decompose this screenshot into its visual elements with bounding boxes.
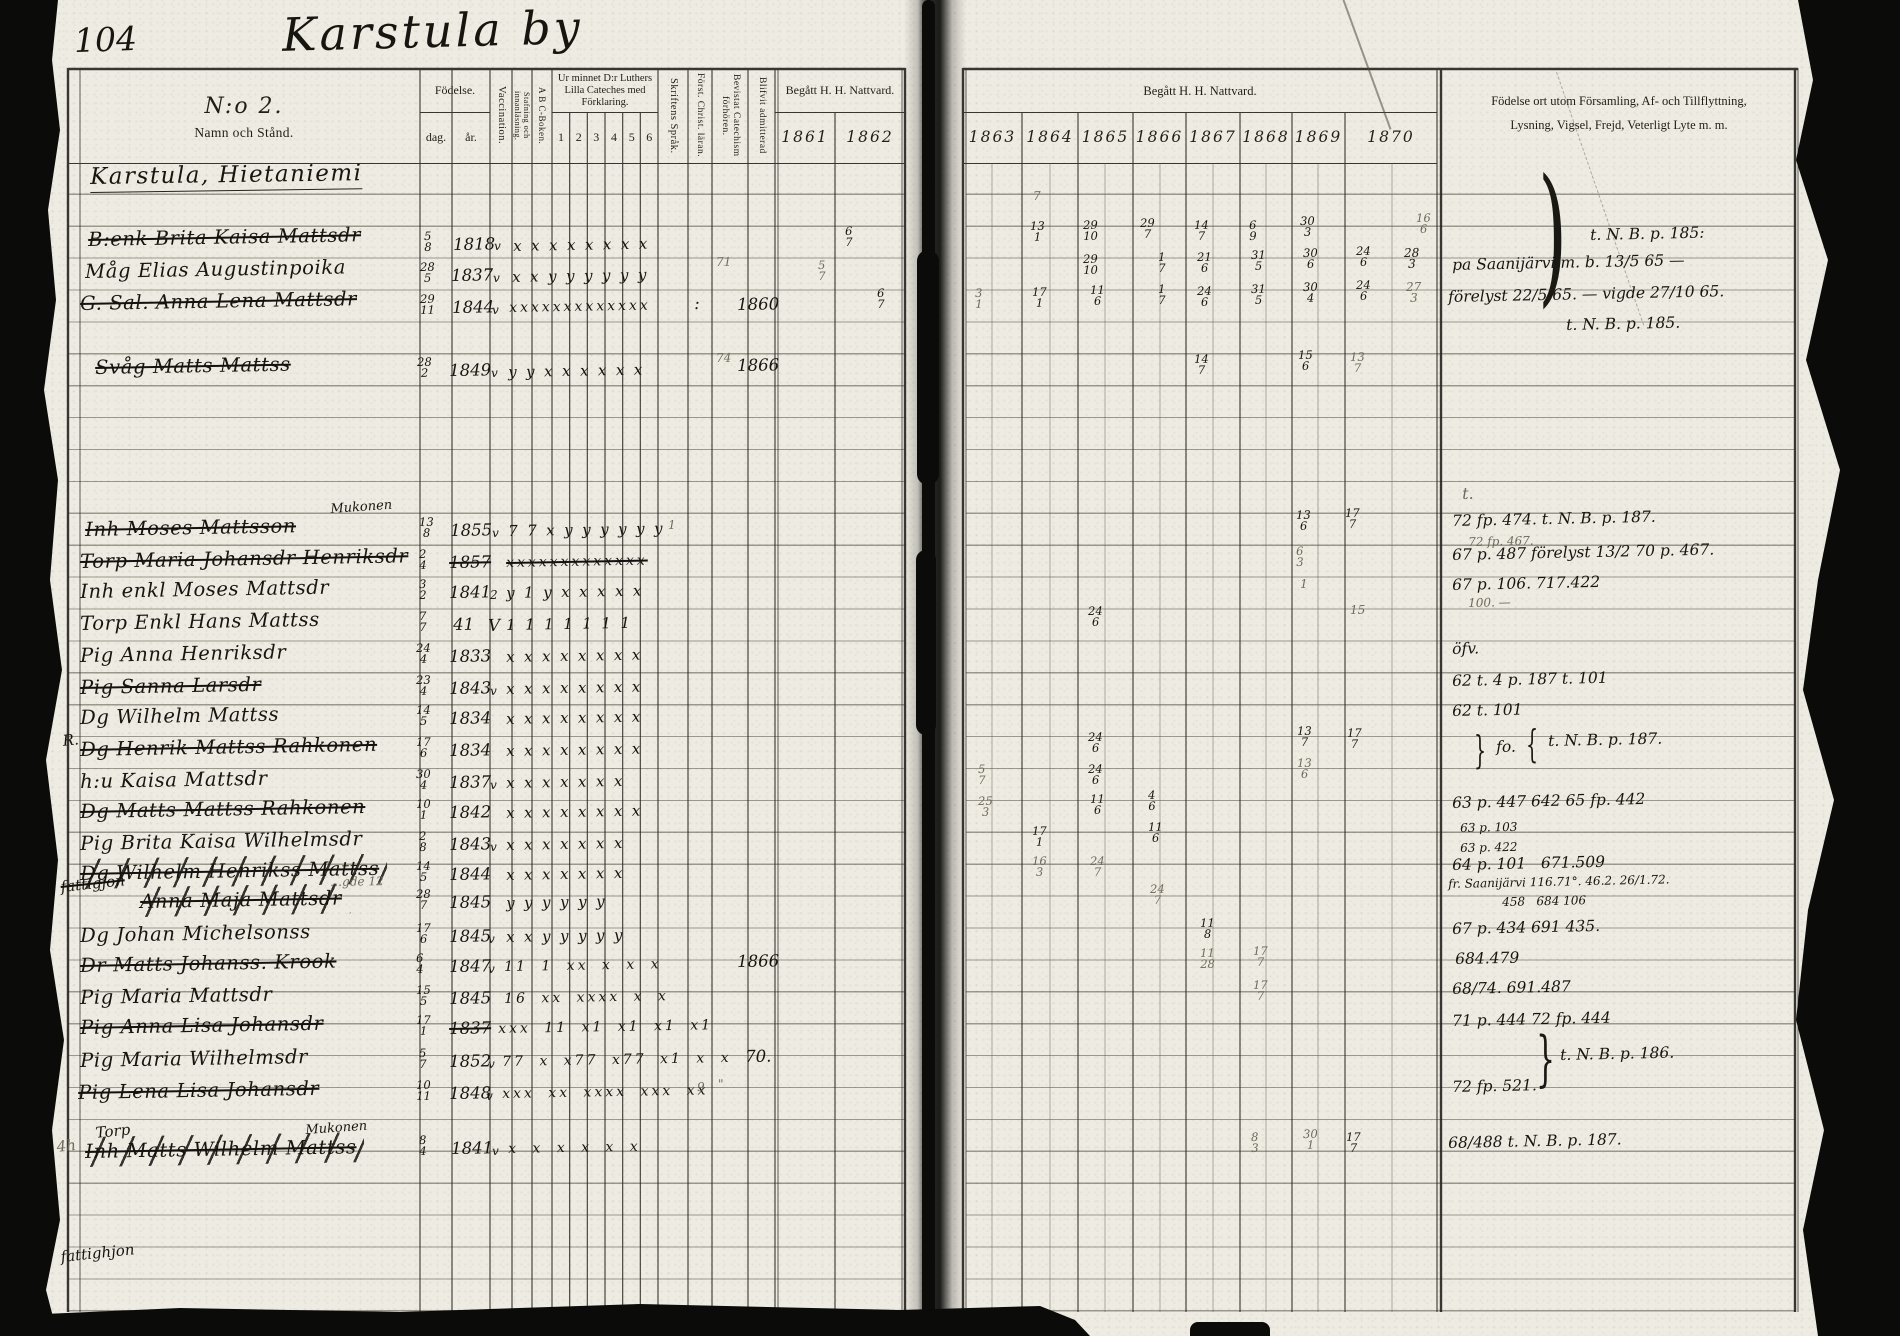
handwriting-entry: Karstula, Hietaniemi [90,162,363,193]
torn-edge-bottom-blob [1190,1322,1270,1336]
handwriting-entry: t. N. B. p. 185: [1590,226,1705,244]
handwriting-entry: 1843 [449,836,491,853]
handwriting-entry: 5 7 [419,1048,427,1069]
handwriting-entry: v [492,527,499,539]
handwriting-entry: 24 6 [1197,286,1212,308]
handwriting-entry: 64 p. 101 671.509 [1452,855,1605,874]
handwriting-entry: 6 3 [1296,546,1304,568]
handwriting-entry: Dg Johan Michelsonss [80,922,311,946]
handwriting-entry: 10 11 [416,1080,431,1101]
handwriting-entry: 1843 [449,680,491,697]
handwriting-entry: 24 6 [1088,764,1103,786]
scanned-church-record-page: 104 Karstula by N:o 2. Namn och Stånd. F… [0,0,1900,1336]
notes-header-line2: Lysning, Vigsel, Frejd, Veterligt Lyte m… [1510,118,1727,132]
handwriting-entry: 17 7 [1347,728,1362,750]
handwriting-entry: Svåg Matts Mattss [95,355,291,378]
handwriting-entry: 14 5 [416,705,431,726]
handwriting-entry: h:u Kaisa Mattsdr [80,769,268,792]
handwriting-entry: 25 3 [978,796,993,818]
names-column-label: Namn och Stånd. [194,125,293,141]
handwriting-entry: Pig Brita Kaisa Wilhelmsdr [80,829,363,853]
handwriting-entry: 1833 [449,648,491,665]
page-number: 104 [73,19,137,60]
year-header-1862: 1862 [835,112,905,163]
handwriting-entry: xxxxxxx [506,774,632,791]
handwriting-entry: Dg Matts Mattss Rahkonen [80,797,366,821]
handwriting-entry: 1866 [737,953,779,970]
year-header-1863: 1863 [963,112,1022,163]
handwriting-entry: 6 7 [845,226,853,248]
handwriting-entry: 11 1 xx x x x [504,957,662,974]
handwriting-entry: t. N. B. p. 185. [1566,316,1680,334]
handwriting-entry: 13 6 [1297,758,1312,780]
handwriting-entry: 17 7 [1346,1132,1361,1154]
handwriting-entry: 62 t. 4 p. 187 t. 101 [1452,671,1608,690]
handwriting-entry: 1834 [449,742,491,759]
year-header-1861: 1861 [775,112,835,163]
spelling-column-header: Stafning och innanläsning. [512,68,532,163]
handwriting-entry: 2 [490,589,498,601]
handwriting-entry: V [488,618,500,635]
handwriting-entry: xxxxxxxx [506,647,650,665]
handwriting-entry: 17 7 [1253,980,1268,1002]
handwriting-entry: 3 2 [419,579,427,600]
handwriting-entry: Dr Matts Johanss. Krook [80,952,337,976]
handwriting-entry: 24 6 [1356,280,1371,302]
handwriting-entry: 1845 [449,990,491,1007]
handwriting-entry: 67 p. 106. 717.422 [1452,575,1600,594]
handwriting-entry: Inh enkl Moses Mattsdr [80,578,329,602]
handwriting-entry: 77xyyyyyy [508,521,672,539]
handwriting-entry: 24 4 [416,643,431,664]
handwriting-entry: v [488,1058,495,1070]
record-group-number: N:o 2. [204,94,283,119]
admitted-column-header: Blifvit admitterad [748,68,775,163]
handwriting-entry: 1837 [451,267,493,284]
abc-book-column-header: A B C-Boken. [532,68,552,163]
handwriting-entry: Pig Anna Lisa Johansdr [80,1014,324,1038]
handwriting-entry: 684.479 [1455,951,1519,968]
handwriting-entry: 63 p. 422 [1460,841,1518,854]
handwriting-entry: 1 [1300,578,1308,590]
handwriting-entry: 1857 [449,554,491,571]
handwriting-entry: Pig Anna Henriksdr [80,642,286,665]
vaccination-column-header: Vaccination. [490,68,512,163]
handwriting-entry: 29 7 [1140,218,1155,240]
handwriting-entry: 71 [716,256,731,268]
communion-header-right-page: Begått H. H. Nattvard. [963,70,1437,112]
handwriting-entry: 70. [745,1049,772,1066]
handwriting-entry: 458 684 106 [1502,894,1586,908]
handwriting-entry: " [718,1078,724,1090]
handwriting-entry: 30 3 [1300,216,1315,238]
handwriting-entry: Måg Elias Augustinpoika [85,257,346,281]
handwriting-entry: 8 3 [1251,1132,1259,1154]
handwriting-entry: 16 3 [1032,856,1047,878]
handwriting-entry: 11 8 [1200,918,1215,940]
handwriting-entry: 2 8 [419,831,427,852]
handwriting-entry: 24 7 [1150,884,1165,906]
handwriting-entry: 17 7 [1253,946,1268,968]
scripture-column-header: Skriftens Språk. [658,68,688,163]
handwriting-entry: 3 1 [975,288,983,310]
attended-examinations-column-header: Bevistat Catechism förhören. [712,68,748,163]
handwriting-entry: 1845 [449,928,491,945]
handwriting-entry: 13 7 [1350,352,1365,374]
handwriting-entry: 1860 [737,296,779,313]
page-title-handwritten: Karstula by [281,0,583,62]
handwriting-entry: 5 7 [978,764,986,786]
handwriting-entry: v [492,304,499,316]
handwriting-entry: 30 6 [1303,248,1318,270]
handwriting-entry: xxx 11 x1 x1 x1 x1 [498,1018,713,1036]
catechism-column-header: Ur minnet D:r Luthers Lilla Cateches med… [552,70,658,112]
year-header-1870: 1870 [1345,112,1437,163]
catechism-subcol-6: 6 [640,112,658,163]
handwriting-entry: R. [62,732,80,749]
handwriting-entry: xxxxxxx [506,836,632,853]
handwriting-entry: 1841 [449,584,491,601]
handwriting-entry: 17 6 [416,923,431,944]
handwriting-entry: 24 6 [1088,606,1103,628]
handwriting-entry: xxxxxxxx [506,803,650,821]
handwriting-entry: 21 6 [1197,252,1212,274]
handwriting-entry: 30 4 [416,769,431,790]
handwriting-entry: 27 3 [1406,282,1422,305]
handwriting-entry: xxyyyyyy [512,267,656,285]
catechism-subcol-5: 5 [623,112,641,163]
handwriting-entry: 1852 [449,1053,491,1070]
handwriting-entry: 15 [1350,604,1365,616]
handwriting-entry: Torp Enkl Hans Mattss [80,610,320,634]
handwriting-entry: 28 5 [420,262,435,283]
handwriting-entry: 1845 [449,894,491,911]
handwriting-entry: t. [1462,486,1474,502]
year-header-1867: 1867 [1186,112,1240,163]
handwriting-entry: v [486,1090,493,1102]
handwriting-entry: Dg Wilhelm Mattss [80,705,279,728]
handwriting-entry: 1847 [449,958,491,975]
handwriting-entry: 17 6 [416,737,431,758]
handwriting-entry: 1841 [451,1140,493,1157]
handwriting-entry: 71 p. 444 72 fp. 444 [1452,1011,1611,1030]
handwriting-entry: Dg Henrik Mattss Rahkonen [80,735,377,760]
handwriting-entry: v [491,367,498,379]
year-header-1868: 1868 [1240,112,1292,163]
handwriting-entry: xxyyyyy [506,928,632,945]
handwriting-entry: 1844 [452,299,494,316]
handwriting-entry: 13 1 [1030,221,1045,243]
handwriting-entry: 62 t. 101 [1452,703,1523,720]
handwriting-entry: v [492,1145,499,1157]
handwriting-entry: Torp Maria Johansdr Henriksdr [80,546,409,571]
handwriting-entry: 13 7 [1297,726,1312,748]
handwriting-entry: Anna Maja Mattsdr [140,888,342,911]
handwriting-entry: { [1526,728,1538,760]
handwriting-entry: Inh Moses Mattsson [85,516,296,539]
communion-header-left-page: Begått H. H. Nattvard. [775,70,905,112]
handwriting-entry: 1837 [449,1020,491,1037]
handwriting-entry: 28 2 [417,357,432,378]
handwriting-entry: 16 6 [1416,213,1431,235]
handwriting-entry: v [488,963,495,975]
handwriting-entry: t. N. B. p. 187. [1548,732,1662,750]
handwriting-entry: 29 10 [1083,254,1098,276]
handwriting-entry: Inh Matts Wilhelm Mattss [85,1137,357,1161]
catechism-subcol-1: 1 [552,112,570,163]
handwriting-entry: 24 6 [1356,246,1371,268]
handwriting-entry: 23 4 [416,675,431,696]
handwriting-entry: 1 [668,519,676,531]
handwriting-entry: Pig Sanna Larsdr [80,675,262,698]
handwriting-entry: 5 7 [818,260,826,282]
year-header-1865: 1865 [1078,112,1133,163]
handwriting-entry: …gde 12 [330,875,384,888]
year-header-1864: 1864 [1022,112,1078,163]
handwriting-entry: 13 8 [419,517,434,538]
handwriting-entry: yyxxxxxx [508,362,652,380]
handwriting-entry: 28 7 [416,889,431,910]
handwriting-entry: xxxxxxxxxxxxx [509,299,651,315]
year-header-1869: 1869 [1292,112,1345,163]
handwriting-entry: 1 7 [1158,252,1166,274]
handwriting-entry: öfv. [1452,641,1479,657]
handwriting-entry: xxxxxxxx [513,236,657,254]
catechism-subcol-2: 2 [570,112,588,163]
handwriting-entry: } [1536,1034,1555,1085]
handwriting-entry: 15 5 [416,985,431,1006]
year-header-1866: 1866 [1133,112,1186,163]
handwriting-entry: 29 10 [1083,220,1098,242]
handwriting-entry: B:enk Brita Kaisa Mattsdr [88,225,361,249]
handwriting-entry: 24 7 [1090,856,1105,878]
catechism-subcol-3: 3 [587,112,605,163]
handwriting-entry: v [488,933,495,945]
handwriting-entry: 11 6 [1090,794,1105,816]
handwriting-entry: 1834 [449,710,491,727]
handwriting-entry: xxxxxxxx [506,679,650,697]
handwriting-entry: 11 6 [1090,285,1105,307]
handwriting-entry: 100. — [1468,596,1511,609]
handwriting-entry: 1842 [449,804,491,821]
handwriting-entry: v [490,779,497,791]
handwriting-entry: 7 [1033,190,1041,202]
handwriting-entry: 17 1 [416,1015,431,1036]
handwriting-entry: 31 5 [1251,250,1266,272]
handwriting-entry: 14 5 [416,861,431,882]
notes-column-header: Födelse ort utom Församling, Af- och Til… [1443,74,1795,152]
book-gutter-blob [916,550,936,735]
handwriting-entry: Pig Maria Mattsdr [80,985,273,1008]
handwriting-entry: xxxxxxxxxxxxx [506,554,648,570]
handwriting-entry: 14 7 [1194,354,1209,376]
handwriting-entry: 7 7 [419,611,427,632]
handwriting-entry: xxxxxxxx [506,741,650,759]
handwriting-entry: 41 [453,617,474,634]
handwriting-entry: 67 p. 434 691 435. [1452,919,1600,938]
handwriting-entry: xxxxxxxx [506,709,650,727]
handwriting-entry: 8 4 [419,1135,427,1156]
handwriting-entry: 68/74. 691.487 [1452,980,1571,998]
handwriting-entry: 2 4 [419,549,427,570]
handwriting-entry: 1844 [449,866,491,883]
handwriting-entry: xxx xx xxxx xxx xx [502,1083,709,1101]
handwriting-entry: 1837 [449,774,491,791]
handwriting-entry: : [694,296,700,313]
handwriting-entry: 5 8 [424,231,432,252]
handwriting-entry: Pig Maria Wilhelmsdr [80,1047,308,1070]
handwriting-entry: 10 1 [416,799,431,820]
birth-column-header: Födelse. [420,70,490,112]
handwriting-entry: 24 6 [1088,732,1103,754]
christian-doctrine-column-header: Först. Christ. läran. [688,68,712,163]
handwriting-entry: 11 6 [1148,822,1163,844]
handwriting-entry: 6 7 [877,288,885,310]
book-gutter-blob [917,250,939,485]
handwriting-entry: 14 7 [1194,220,1209,242]
handwriting-entry: Pig Lena Lisa Johansdr [78,1079,320,1103]
handwriting-entry: 1849 [449,362,491,379]
handwriting-entry: 68/488 t. N. B. p. 187. [1448,1132,1622,1151]
handwriting-entry: ) [1538,172,1567,300]
birth-day-header: dag. [420,112,452,163]
birth-year-header: år. [452,112,490,163]
handwriting-entry: } [1474,734,1486,766]
handwriting-entry: yyyyyy [506,894,614,911]
handwriting-entry: t. N. B. p. 186. [1560,1046,1674,1064]
names-column-header: N:o 2. Namn och Stånd. [68,72,420,162]
handwriting-entry: 30 4 [1303,282,1318,304]
handwriting-entry: xxxxxxx [506,866,632,883]
handwriting-entry: 74 [716,352,731,364]
handwriting-entry: 77 x x77 x77 x1 x x [502,1051,732,1069]
handwriting-entry: 31 5 [1251,284,1266,306]
handwriting-entry: y1yxxxxx [506,583,651,601]
handwriting-entry: 29 11 [420,294,435,315]
handwriting-entry: 1848 [449,1085,491,1102]
handwriting-entry: G. Sal. Anna Lena Mattsdr [80,289,357,313]
handwriting-entry: 1866 [737,357,779,374]
handwriting-entry: 6 9 [1249,220,1257,242]
handwriting-entry: v [493,272,500,284]
handwriting-entry: 1818 [453,236,495,253]
catechism-subcol-4: 4 [605,112,623,163]
handwriting-entry: 1855 [450,522,492,539]
handwriting-entry: 4 6 [1148,790,1156,812]
handwriting-entry: 17 7 [1345,508,1360,530]
handwriting-entry: v [490,841,497,853]
handwriting-entry: 1 7 [1158,284,1166,306]
handwriting-entry: 9 [697,1081,705,1093]
handwriting-entry: 6 4 [416,953,424,974]
handwriting-entry: 30 1 [1303,1129,1318,1151]
handwriting-entry: 11 28 [1200,948,1215,970]
handwriting-entry: 72 fp. 521. [1452,1078,1537,1095]
handwriting-entry: 63 p. 103 [1460,821,1518,834]
handwriting-entry: 17 1 [1032,287,1047,309]
handwriting-entry: v [494,240,501,252]
handwriting-entry: v [490,685,497,697]
handwriting-entry: fo. [1496,740,1516,756]
handwriting-entry: 15 6 [1298,350,1313,372]
handwriting-entry: 13 6 [1296,510,1311,532]
handwriting-entry: 28 3 [1404,248,1420,271]
notes-header-line1: Födelse ort utom Församling, Af- och Til… [1491,94,1747,108]
handwriting-entry: 16 xx xxxx x x [504,989,669,1006]
handwriting-entry: 4h [56,1138,77,1155]
handwriting-entry: x x x x x x [508,1140,641,1156]
handwriting-entry: 17 1 [1032,826,1047,848]
handwriting-entry: 1111111 [506,616,640,633]
